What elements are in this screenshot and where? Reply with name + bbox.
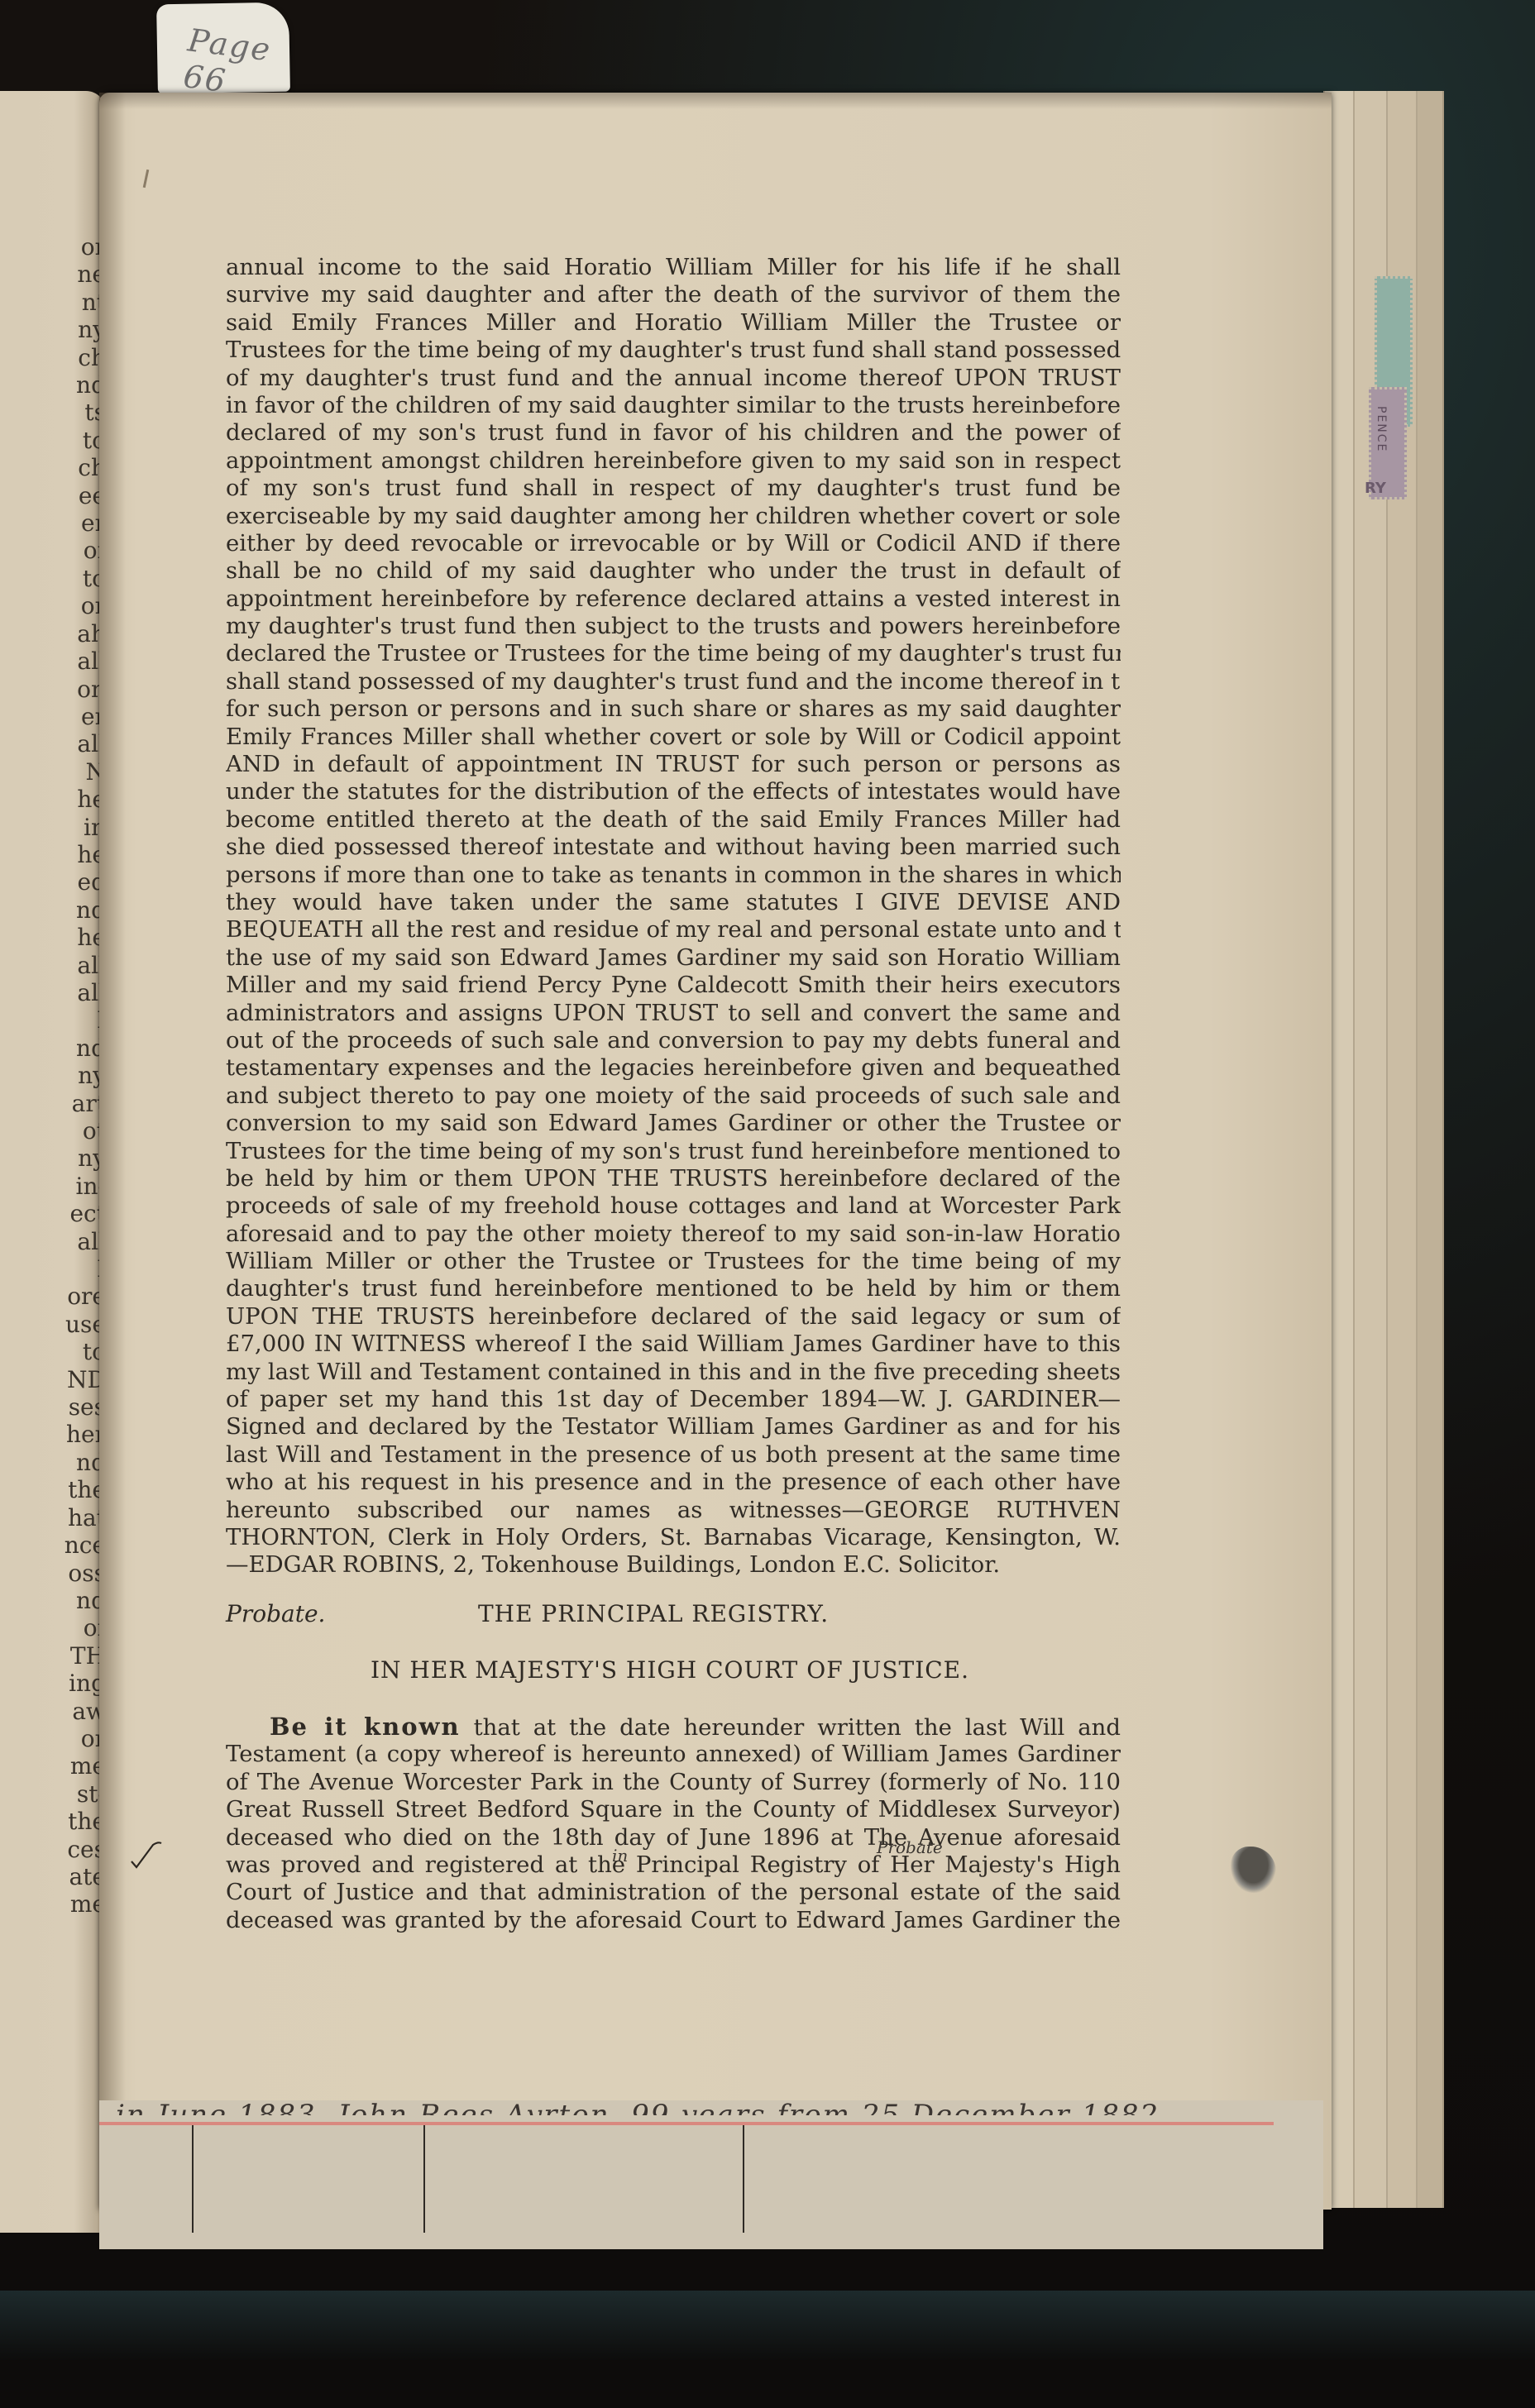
left-page-fragment: he	[11, 841, 106, 868]
ledger-column-divider	[423, 2125, 425, 2233]
grant-first-line: Be it known that at the date hereunder w…	[226, 1713, 1121, 1741]
will-text-line: shall be no child of my said daughter wh…	[226, 557, 1121, 585]
will-text-line: —EDGAR ROBINS, 2, Tokenhouse Buildings, …	[226, 1551, 1121, 1579]
left-page-fragment: me	[11, 1752, 106, 1780]
left-page-fragment: all	[11, 952, 106, 979]
left-page-text-fragments: ornentnychndtstocheeeroftoorahallonerall…	[11, 233, 106, 1918]
will-text-line: become entitled thereto at the death of …	[226, 806, 1121, 834]
will-text-line: Trustees for the time being of my son's …	[226, 1138, 1121, 1165]
grant-text-line: Great Russell Street Bedford Square in t…	[226, 1796, 1121, 1823]
probate-label: Probate.	[226, 1600, 325, 1627]
will-text-line: administrators and assigns UPON TRUST to…	[226, 1000, 1121, 1027]
page-top-edge	[99, 93, 1332, 109]
will-text-line: out of the proceeds of such sale and con…	[226, 1027, 1121, 1054]
will-text-line: BEQUEATH all the rest and residue of my …	[226, 916, 1121, 944]
will-text-line: in favor of the children of my said daug…	[226, 392, 1121, 419]
handwritten-insertion-in: in	[612, 1846, 628, 1866]
will-text-line: Signed and declared by the Testator Will…	[226, 1413, 1121, 1440]
left-page-fragment: ses	[11, 1393, 106, 1421]
left-page-fragment: in-	[11, 1173, 106, 1200]
left-page-fragment: ate	[11, 1863, 106, 1890]
left-page-fragment: ch	[11, 454, 106, 481]
left-page-fragment: ny	[11, 1144, 106, 1172]
left-page-fragment: nd	[11, 1587, 106, 1614]
will-text-line: Emily Frances Miller shall whether cover…	[226, 724, 1121, 751]
will-text-line: of my son's trust fund shall in respect …	[226, 475, 1121, 502]
probate-heading-row: Probate. THE PRINCIPAL REGISTRY.	[226, 1600, 1121, 1633]
stamp-suffix-text: RY	[1365, 480, 1386, 497]
will-text-line: for such person or persons and in such s…	[226, 695, 1121, 723]
left-page-fragment: oss	[11, 1560, 106, 1587]
book-cloth-bottom	[0, 2291, 1535, 2408]
left-page-fragment: st-	[11, 1780, 106, 1808]
grant-text-line: deceased who died on the 18th day of Jun…	[226, 1824, 1121, 1851]
left-page-fragment: on	[11, 676, 106, 703]
left-page-fragment: ed	[11, 868, 106, 896]
ledger-column-divider	[743, 2125, 744, 2233]
left-page-fragment: the	[11, 1476, 106, 1503]
left-page-fragment: nce	[11, 1531, 106, 1559]
left-page-fragment: ts	[11, 399, 106, 426]
will-text-line: my last Will and Testament contained in …	[226, 1359, 1121, 1386]
left-page-fragment: ot	[11, 1117, 106, 1144]
will-text-line: survive my said daughter and after the d…	[226, 281, 1121, 308]
will-text-line: under the statutes for the distribution …	[226, 778, 1121, 805]
left-page-fragment: ing	[11, 1670, 106, 1697]
will-text-line: daughter's trust fund hereinbefore menti…	[226, 1275, 1121, 1302]
left-page-fragment: I	[11, 1255, 106, 1283]
left-page-fragment: er	[11, 703, 106, 730]
stamp-pence-text: PENCE	[1375, 406, 1388, 452]
will-text-line: persons if more than one to take as tena…	[226, 862, 1121, 889]
will-text-line: either by deed revocable or irrevocable …	[226, 530, 1121, 557]
will-text-line: my daughter's trust fund then subject to…	[226, 613, 1121, 640]
will-text-line: last Will and Testament in the presence …	[226, 1441, 1121, 1469]
left-page-fragment: all	[11, 1228, 106, 1255]
left-page-fragment: use	[11, 1311, 106, 1338]
left-page-fragment: all	[11, 979, 106, 1006]
court-title: IN HER MAJESTY'S HIGH COURT OF JUSTICE.	[207, 1656, 1133, 1684]
left-page-fragment: all	[11, 730, 106, 757]
will-text-line: annual income to the said Horatio Willia…	[226, 254, 1121, 281]
left-page-fragment: ces	[11, 1836, 106, 1863]
will-text-line: and subject thereto to pay one moiety of…	[226, 1082, 1121, 1110]
left-facing-page: ornentnychndtstocheeeroftoorahallonerall…	[0, 91, 106, 2233]
will-text-line: exerciseable by my said daughter among h…	[226, 503, 1121, 530]
principal-registry-title: THE PRINCIPAL REGISTRY.	[478, 1600, 829, 1627]
left-page-fragment: ch	[11, 344, 106, 371]
grant-text-line: deceased was granted by the aforesaid Co…	[226, 1907, 1121, 1934]
left-page-fragment: nd	[11, 371, 106, 399]
will-text-line: they would have taken under the same sta…	[226, 889, 1121, 916]
will-text-line: William Miller or other the Trustee or T…	[226, 1248, 1121, 1275]
left-page-fragment: TH	[11, 1642, 106, 1670]
left-page-fragment: art	[11, 1090, 106, 1117]
left-page-fragment: ect	[11, 1200, 106, 1227]
left-page-fragment: to	[11, 1338, 106, 1365]
left-page-fragment: ND	[11, 1366, 106, 1393]
left-page-fragment: me	[11, 1890, 106, 1918]
left-page-fragment: to	[11, 427, 106, 454]
red-ruled-line	[99, 2122, 1274, 2125]
left-page-fragment: er	[11, 509, 106, 537]
will-text-line: declared the Trustee or Trustees for the…	[226, 640, 1121, 667]
will-text-line: THORNTON, Clerk in Holy Orders, St. Barn…	[226, 1524, 1121, 1551]
page-gutter-shadow	[99, 93, 126, 2210]
will-text-line: she died possessed thereof intestate and…	[226, 834, 1121, 861]
will-text-line: testamentary expenses and the legacies h…	[226, 1054, 1121, 1082]
ledger-column-divider	[192, 2125, 194, 2233]
will-text-line: £7,000 IN WITNESS whereof I the said Wil…	[226, 1331, 1121, 1358]
will-text-line: shall stand possessed of my daughter's t…	[226, 668, 1121, 695]
left-page-fragment: he	[11, 786, 106, 813]
grant-text-line: Testament (a copy whereof is hereunto an…	[226, 1741, 1121, 1768]
left-page-fragment: ny	[11, 1062, 106, 1089]
will-text-line: declared of my son's trust fund in favor…	[226, 419, 1121, 447]
left-page-fragment: ah	[11, 620, 106, 647]
grant-text-line: was proved and registered at the Princip…	[226, 1851, 1121, 1879]
left-page-fragment: the	[11, 1808, 106, 1835]
left-page-fragment: of	[11, 537, 106, 564]
left-page-fragment: nt	[11, 289, 106, 316]
page-tab-label: Page 66	[156, 2, 290, 94]
left-page-fragment: aw	[11, 1698, 106, 1725]
left-page-fragment: ne	[11, 260, 106, 288]
left-page-fragment: all	[11, 647, 106, 675]
left-page-fragment: her	[11, 1421, 106, 1448]
probate-grant-text: Be it known that at the date hereunder w…	[226, 1713, 1121, 1934]
will-text-line: appointment amongst children hereinbefor…	[226, 447, 1121, 475]
left-page-fragment: nd	[11, 1449, 106, 1476]
left-page-fragment: or	[11, 1725, 106, 1752]
left-page-fragment: to	[11, 565, 106, 592]
grant-text-line: of The Avenue Worcester Park in the Coun…	[226, 1769, 1121, 1796]
will-text-line: hereunto subscribed our names as witness…	[226, 1497, 1121, 1524]
left-page-fragment: of	[11, 1614, 106, 1641]
will-text-line: appointment hereinbefore by reference de…	[226, 585, 1121, 613]
left-page-fragment: ny	[11, 316, 106, 343]
left-page-fragment: I	[11, 1006, 106, 1034]
grant-text-line: Court of Justice and that administration…	[226, 1879, 1121, 1906]
will-text-line: said Emily Frances Miller and Horatio Wi…	[226, 309, 1121, 337]
left-page-fragment: or	[11, 592, 106, 619]
be-it-known-heading: Be it known	[270, 1713, 461, 1741]
left-page-fragment: ee	[11, 482, 106, 509]
will-text-line: the use of my said son Edward James Gard…	[226, 944, 1121, 972]
will-text-line: who at his request in his presence and i…	[226, 1469, 1121, 1496]
left-page-fragment: N	[11, 758, 106, 786]
will-text-line: conversion to my said son Edward James G…	[226, 1110, 1121, 1137]
left-page-fragment: hat	[11, 1504, 106, 1531]
left-page-fragment: he	[11, 924, 106, 951]
will-text-line: AND in default of appointment IN TRUST f…	[226, 751, 1121, 778]
will-text-line: Trustees for the time being of my daught…	[226, 337, 1121, 364]
will-text-block: annual income to the said Horatio Willia…	[226, 254, 1121, 1579]
left-page-fragment: nd	[11, 1034, 106, 1062]
will-text-line: aforesaid and to pay the other moiety th…	[226, 1221, 1121, 1248]
will-text-line: UPON THE TRUSTS hereinbefore declared of…	[226, 1303, 1121, 1331]
left-page-fragment: ore	[11, 1283, 106, 1310]
will-text-line: Miller and my said friend Percy Pyne Cal…	[226, 972, 1121, 999]
left-page-fragment: nd	[11, 896, 106, 924]
will-text-line: be held by him or them UPON THE TRUSTS h…	[226, 1165, 1121, 1192]
left-page-fragment: in	[11, 814, 106, 841]
will-text-line: of paper set my hand this 1st day of Dec…	[226, 1386, 1121, 1413]
will-text-line: of my daughter's trust fund and the annu…	[226, 365, 1121, 392]
left-page-fragment: or	[11, 233, 106, 260]
grant-line-0: that at the date hereunder written the l…	[474, 1714, 1121, 1741]
will-text-line: proceeds of sale of my freehold house co…	[226, 1192, 1121, 1220]
handwritten-insertion-probate: Probate	[877, 1837, 943, 1857]
check-mark-icon	[130, 1840, 163, 1869]
